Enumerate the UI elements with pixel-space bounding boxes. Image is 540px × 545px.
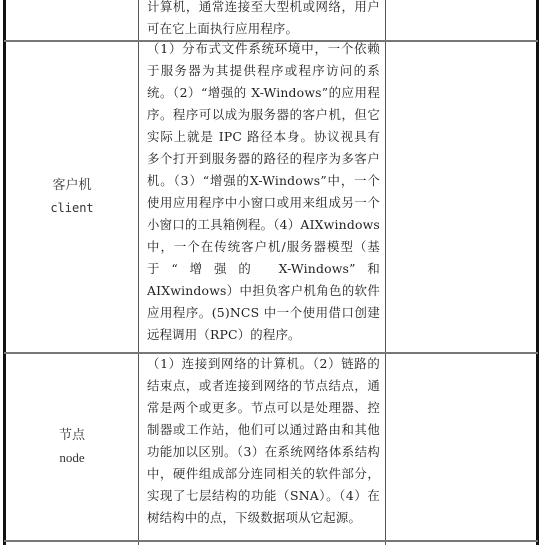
table-row-term: 客户机 client (6, 42, 138, 352)
term-chinese: 客户机 (52, 175, 91, 197)
table-row-note (386, 0, 536, 40)
table-row-description: （1）分布式文件系统环境中，一个依赖于服务器为其提供程序或程序访问的系统。（2）… (139, 38, 385, 346)
term-chinese: 节点 (59, 425, 85, 447)
table-row-note (386, 42, 536, 352)
table-row-note (386, 354, 536, 540)
glossary-table: 计算机，通常连接至大型机或网络，用户可在它上面执行应用程序。 客户机 clien… (0, 0, 540, 545)
table-row-description: 计算机，通常连接至大型机或网络，用户可在它上面执行应用程序。 (139, 0, 385, 40)
table-row-term (6, 0, 138, 40)
term-english: client (50, 197, 93, 219)
row-divider (4, 540, 538, 542)
table-row-term: 节点 node (6, 354, 138, 540)
table-row-description: （1）连接到网络的计算机。（2）链路的结束点，或者连接到网络的节点结点，通常是两… (139, 353, 385, 529)
table-right-border (536, 0, 539, 545)
term-english: node (59, 447, 84, 469)
